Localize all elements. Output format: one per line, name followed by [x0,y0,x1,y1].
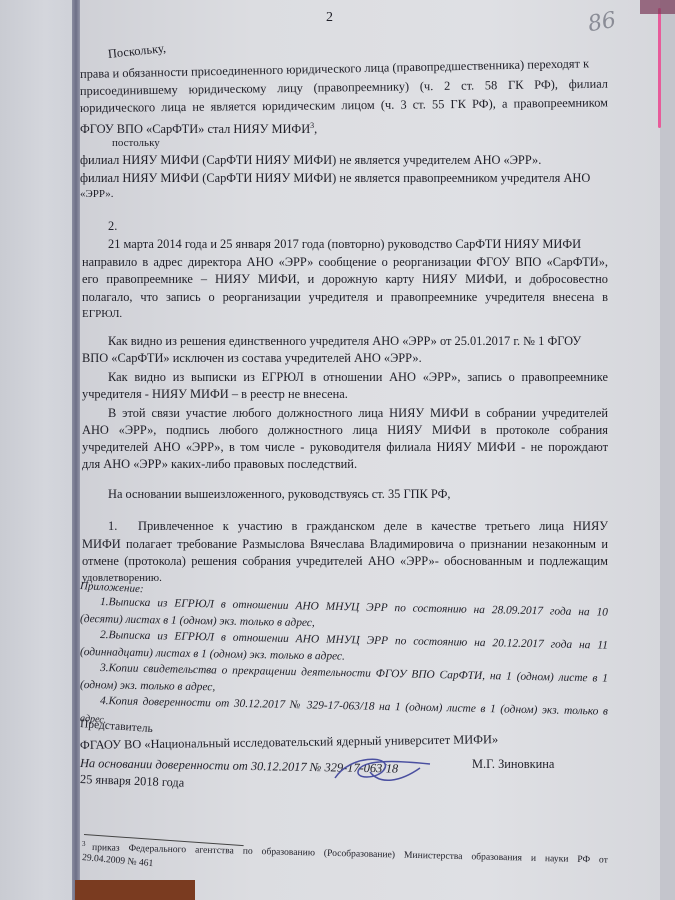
section-heading-postolku: постольку [112,135,160,152]
text-line: ВПО «СарФТИ» исключен из состава учредит… [82,350,422,367]
signer-name: М.Г. Зиновкина [472,756,554,773]
archive-sheet-number: 86 [586,8,618,37]
page-stack-edge [660,0,675,900]
text-line: для АНО «ЭРР» каких-либо правовых послед… [82,456,357,473]
pink-marker-line [658,8,661,128]
table-surface [75,880,195,900]
text-line: филиал НИЯУ МИФИ (СарФТИ НИЯУ МИФИ) не я… [80,152,541,169]
text-line: учредителей АНО «ЭРР», в том числе - рук… [82,439,608,456]
text-line: филиал НИЯУ МИФИ (СарФТИ НИЯУ МИФИ) не я… [80,170,590,187]
text-line: его правопреемнике – НИЯУ МИФИ, и дорожн… [82,271,608,288]
text-line: направило в адрес директора АНО «ЭРР» со… [82,254,608,271]
text-line: Как видно из выписки из ЕГРЮЛ в отношени… [108,369,608,386]
text-line: полагало, что запись о реорганизации учр… [82,289,608,306]
document-date: 25 января 2018 года [80,771,185,792]
text-line: учредителя - НИЯУ МИФИ – в реестр не вне… [82,386,348,403]
text-line: Привлеченное к участию в гражданском дел… [138,518,608,535]
text-line: МИФИ полагает требование Размыслова Вяче… [82,536,608,553]
text-line: В этой связи участие любого должностного… [108,405,608,422]
footnote-marker: 3 [82,838,86,850]
text-line: АНО «ЭРР», подпись любого должностного л… [82,422,608,439]
text-line: Как видно из решения единственного учред… [108,333,581,350]
text-line: 21 марта 2014 года и 25 января 2017 года… [108,236,581,253]
page-number: 2 [326,10,333,26]
text-fragment: , [314,122,317,136]
point-number: 2. [108,218,117,235]
background-object [640,0,675,14]
handwritten-signature-icon [330,750,440,790]
text-line: отмене (протокола) решения собрания учре… [82,553,608,570]
point-number: 1. [108,518,117,535]
text-line: «ЭРР». [80,186,114,203]
basis-line: На основании вышеизложенного, руководств… [108,486,450,503]
left-facing-page [0,0,75,900]
text-line: ЕГРЮЛ. [82,306,122,323]
